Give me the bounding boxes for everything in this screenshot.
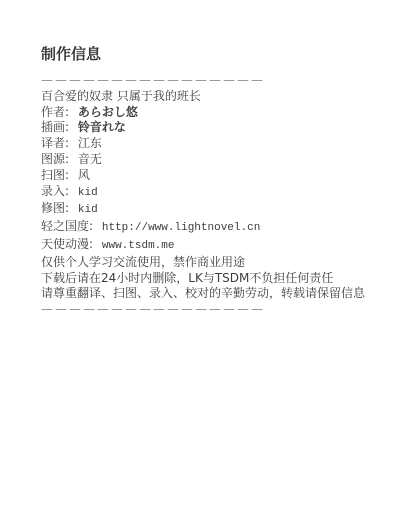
credits-page: 制作信息 ———————————————— 百合爱的奴隶 只属于我的班长 作者:… bbox=[0, 0, 400, 517]
credit-row-tsdm-site: 天使动漫: www.tsdm.me bbox=[41, 237, 366, 255]
notice-keep-credits: 请尊重翻译、扫图、录入、校对的辛勤劳动，转载请保留信息 bbox=[41, 286, 366, 302]
book-title: 百合爱的奴隶 只属于我的班长 bbox=[41, 89, 201, 103]
credit-row-illustrator: 插画: 铃音れな bbox=[41, 120, 366, 136]
credit-value: kid bbox=[78, 187, 98, 199]
credit-value: 风 bbox=[78, 168, 90, 182]
credit-value: あらおし悠 bbox=[78, 105, 138, 119]
credit-label: 作者: bbox=[41, 105, 69, 119]
credit-row-typist: 录入: kid bbox=[41, 184, 366, 202]
credit-label: 天使动漫: bbox=[41, 237, 93, 251]
credit-row-translator: 译者: 江东 bbox=[41, 136, 366, 152]
credit-label: 图源: bbox=[41, 152, 69, 166]
credit-label: 插画: bbox=[41, 120, 69, 134]
credit-value: 音无 bbox=[78, 152, 102, 166]
credit-label: 轻之国度: bbox=[41, 219, 93, 233]
credit-row-scanner: 扫图: 风 bbox=[41, 168, 366, 184]
book-title-line: 百合爱的奴隶 只属于我的班长 bbox=[41, 89, 366, 105]
divider-top: ———————————————— bbox=[41, 73, 366, 89]
site-url: http://www.lightnovel.cn bbox=[102, 222, 260, 234]
credits-block: ———————————————— 百合爱的奴隶 只属于我的班长 作者: あらおし… bbox=[41, 73, 366, 318]
notice-personal-use: 仅供个人学习交流使用，禁作商业用途 bbox=[41, 255, 366, 271]
site-url: www.tsdm.me bbox=[102, 240, 175, 252]
credit-label: 录入: bbox=[41, 184, 69, 198]
divider-bottom: ———————————————— bbox=[41, 302, 366, 318]
credit-value: kid bbox=[78, 204, 98, 216]
credit-value: 铃音れな bbox=[78, 120, 126, 134]
credits-content: 制作信息 ———————————————— 百合爱的奴隶 只属于我的班长 作者:… bbox=[0, 0, 400, 318]
credit-value: 江东 bbox=[78, 136, 102, 150]
credit-row-source: 图源: 音无 bbox=[41, 152, 366, 168]
credit-row-lightnovel-site: 轻之国度: http://www.lightnovel.cn bbox=[41, 219, 366, 237]
credit-row-retoucher: 修图: kid bbox=[41, 201, 366, 219]
credit-label: 扫图: bbox=[41, 168, 69, 182]
credit-label: 修图: bbox=[41, 201, 69, 215]
credit-row-author: 作者: あらおし悠 bbox=[41, 105, 366, 121]
credit-label: 译者: bbox=[41, 136, 69, 150]
notice-delete-24h: 下载后请在24小时内删除，LK与TSDM不负担任何责任 bbox=[41, 271, 366, 287]
page-title: 制作信息 bbox=[41, 43, 366, 64]
